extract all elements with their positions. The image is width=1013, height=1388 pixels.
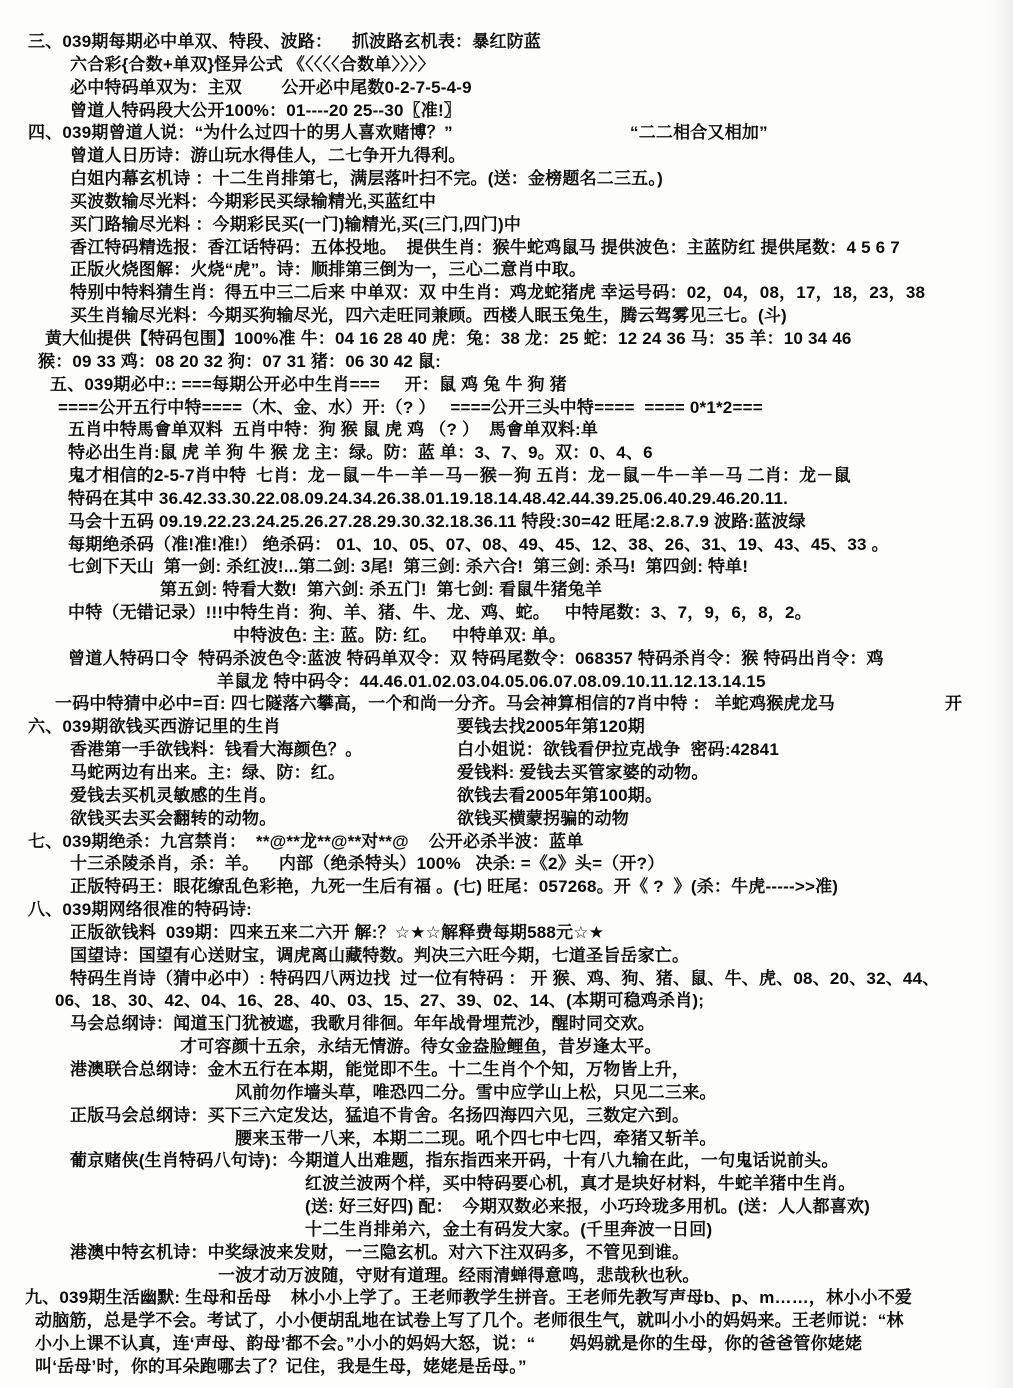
- text-line: 马蛇两边有出来。主：绿、防：红。爱钱料: 爱钱去买管家婆的动物。: [0, 762, 1013, 785]
- text-line: 买波数输尽光料：今期彩民买绿输精光,买蓝红中: [0, 191, 1013, 214]
- text-line: 特码在其中 36.42.33.30.22.08.09.24.34.26.38.0…: [0, 488, 1013, 511]
- text-line: 羊鼠龙 特中码令：44.46.01.02.03.04.05.06.07.08.0…: [0, 671, 1013, 694]
- text-line: 特别中特料猜生肖：得五中三二后来 中单双：双 中生肖：鸡龙蛇猪虎 幸运号码：02…: [0, 282, 1013, 305]
- text-line: 风前勿作墙头草，唯恐四二分。雪中应学山上松，只见二三来。: [0, 1082, 1013, 1105]
- text-line: 曾道人日历诗：游山玩水得佳人，二七争开九得利。: [0, 145, 1013, 168]
- text-line: 香港第一手欲钱料：钱看大海颜色？。白小姐说：欲钱看伊拉克战争 密码:42841: [0, 739, 1013, 762]
- text-line: 一波才动万波随，守财有道理。经雨清蝉得意鸣，悲哉秋也秋。: [0, 1265, 1013, 1288]
- section-heading-3: 三、039期每期必中单双、特段、波路： 抓波路玄机表：暴红防蓝: [0, 31, 1013, 54]
- text-line: 特码生肖诗（猜中必中）: 特码四八两边找 过一位有特码 ： 开 猴、鸡、狗、猪、…: [0, 968, 1013, 991]
- text-line: 特必出生肖:鼠 虎 羊 狗 牛 猴 龙 主：绿。防：蓝 单：3、7、9。双：0、…: [0, 442, 1013, 465]
- text-line: 买生肖输尽光料：今期买狗输尽光，四六走旺同兼顾。西楼人眠玉兔生，腾云驾雾见三七。…: [0, 305, 1013, 328]
- text-line: 动脑筋，总是学不会。考试了，小小便胡乱地在试卷上写了几个。老师很生气，就叫小小的…: [0, 1310, 1013, 1333]
- text-line: (送: 好三好四) 配： 今期双数必来报，小巧玲珑多用机。(送：人人都喜欢): [0, 1196, 1013, 1219]
- text-line: 腰来玉带一八来，本期二二现。吼个四七中七四，牵猪又斩羊。: [0, 1128, 1013, 1151]
- section-heading-4: 四、039期曾道人说：“为什么过四十的男人喜欢赌博？”“二二相合又相加”: [0, 122, 1013, 145]
- text-line: 曾道人特码口令 特码杀波色令:蓝波 特码单双令：双 特码尾数令：068357 特…: [0, 648, 1013, 671]
- section-heading-6: 六、039期欲钱买西游记里的生肖要钱去找2005年第120期: [0, 716, 1013, 739]
- text-line-right: “二二相合又相加”: [630, 122, 768, 145]
- text-line: 国望诗：国望有心送财宝，调虎离山藏特数。判决三六旺今期，七道圣旨岳家亡。: [0, 945, 1013, 968]
- text-line: 中特（无错记录）!!!中特生肖：狗、羊、猪、牛、龙、鸡、蛇。 中特尾数：3、7，…: [0, 602, 1013, 625]
- text-line: 小小上课不认真，连‘声母、韵母’都不会。”小小的妈妈大怒，说：“ 妈妈就是你的生…: [0, 1333, 1013, 1356]
- text-line: 港澳联合总纲诗：金木五行在本期，能觉即不生。十二生肖个个知，万物皆上升，: [0, 1059, 1013, 1082]
- text-line: 葡京赌侠(生肖特码八句诗)：今期道人出难题，指东指西来开码，十有八九输在此，一句…: [0, 1150, 1013, 1173]
- text-line: 六合彩{合数+单双}怪异公式 《〈〈〈〈合数单〉〉〉〉: [0, 54, 1013, 77]
- text-line: 五肖中特馬會单双料 五肖中特：狗 猴 鼠 虎 鸡 （? ） 馬會单双料:单: [0, 419, 1013, 442]
- text-line: 正版特码王：眼花缭乱色彩艳，九死一生后有福 。(七) 旺尾：057268。开《 …: [0, 876, 1013, 899]
- text-line: 正版欲钱料 039期：四来五来二六开 解:？☆★☆解释费每期588元☆★: [0, 922, 1013, 945]
- section-heading-7: 七、039期绝杀：九宫禁肖： **@**龙**@**对**@ 公开必杀半波：蓝单: [0, 831, 1013, 854]
- text-line: 叫‘岳母’时，你的耳朵跑哪去了？记住，我是生母，姥姥是岳母。”: [0, 1356, 1013, 1379]
- text-line: 香江特码精选报：香江话特码：五体投地。 提供生肖：猴牛蛇鸡鼠马 提供波色：主蓝防…: [0, 237, 1013, 260]
- text-line: 正版火烧图解：火烧“虎”。诗：顺排第三倒为一，三心二意肖中取。: [0, 259, 1013, 282]
- text-line: 港澳中特玄机诗：中奖绿波来发财，一三隐玄机。对六下注双码多，不管见到谁。: [0, 1242, 1013, 1265]
- text-line: 曾道人特码段大公开100%：01----20 25--30〖准!〗: [0, 100, 1013, 123]
- text-line: 十三杀陵杀肖，杀：羊。 内部（绝杀特头）100% 决杀: =《2》头=（开?）: [0, 853, 1013, 876]
- text-line: 一码中特猜中必中=百: 四七隧落六攀高，一个和尚一分齐。马会神算相信的7肖中特 …: [0, 693, 1013, 716]
- text-line: 红波兰波两个样，买中特码要心机，真才是块好材料，牛蛇羊猪中生肖。: [0, 1173, 1013, 1196]
- text-line: 正版马会总纲诗：买下三六定发达，猛追不肯舍。名扬四海四六见，三数定六到。: [0, 1105, 1013, 1128]
- text-line: 欲钱买去买会翻转的动物。欲钱买横蒙拐骗的动物: [0, 808, 1013, 831]
- text-line: 猴：09 33 鸡：08 20 32 狗：07 31 猪：06 30 42 鼠:: [0, 351, 1013, 374]
- text-line: 黄大仙提供【特码包围】100%准 牛：04 16 28 40 虎：兔：38 龙：…: [0, 328, 1013, 351]
- text-line: 第五剑: 特看大数! 第六剑: 杀五门! 第七剑: 看鼠牛猪兔羊: [0, 579, 1013, 602]
- text-line: 才可容颜十五余，永结无情游。待女金盎脸鲤鱼，昔岁逢太平。: [0, 1036, 1013, 1059]
- text-line: 马会总纲诗：闻道玉门犹被遮，我歌月徘徊。年年战骨埋荒沙，醒时同交欢。: [0, 1013, 1013, 1036]
- text-line: 七剑下天山 第一剑: 杀红波!...第二剑: 3尾! 第三剑: 杀六合! 第三剑…: [0, 556, 1013, 579]
- text-line: 马会十五码 09.19.22.23.24.25.26.27.28.29.30.3…: [0, 511, 1013, 534]
- text-line: 06、18、30、42、04、16、28、40、03、15、27、39、02、1…: [0, 990, 1013, 1013]
- text-line: 十二生肖排弟六，金土有码发大家。(千里奔波一日回): [0, 1219, 1013, 1242]
- section-heading-5: 五、039期必中:: ===每期公开必中生肖=== 开：鼠 鸡 兔 牛 狗 猪: [0, 374, 1013, 397]
- text-line-right: 要钱去找2005年第120期: [457, 716, 645, 739]
- text-line-right: 白小姐说：欲钱看伊拉克战争 密码:42841: [457, 739, 779, 762]
- text-line: 爱钱去买机灵敏感的生肖。欲钱去看2005年第100期。: [0, 785, 1013, 808]
- text-line: 买门路输尽光料 ：今期彩民买(一门)输精光,买(三门,四门)中: [0, 214, 1013, 237]
- text-line: 必中特码单双为：主双 公开必中尾数0-2-7-5-4-9: [0, 77, 1013, 100]
- text-line-right: 欲钱去看2005年第100期。: [457, 785, 662, 808]
- document-body: 三、039期每期必中单双、特段、波路： 抓波路玄机表：暴红防蓝六合彩{合数+单双…: [0, 31, 1013, 1379]
- text-line: 鬼才相信的2-5-7肖中特 七肖：龙－鼠－牛－羊－马－猴－狗 五肖：龙－鼠－牛－…: [0, 465, 1013, 488]
- text-line-right: 欲钱买横蒙拐骗的动物: [457, 808, 629, 831]
- text-line-right: 开: [945, 693, 962, 716]
- scanned-lottery-tipsheet-page: 三、039期每期必中单双、特段、波路： 抓波路玄机表：暴红防蓝六合彩{合数+单双…: [0, 0, 1013, 1388]
- text-line: ====公开五行中特====（木、金、水）开:（? ） ====公开三头中特==…: [0, 397, 1013, 420]
- section-heading-8: 八、039期网络很准的特码诗:: [0, 899, 1013, 922]
- text-line: 每期绝杀码（准!准!准!） 绝杀码： 01、10、05、07、08、49、45、…: [0, 534, 1013, 557]
- text-line: 中特波色: 主: 蓝。防: 红。 中特单双: 单。: [0, 625, 1013, 648]
- text-line: 白姐内幕玄机诗 ：十二生肖排第七，满层落叶扫不完。(送：金榜题名二三五。): [0, 168, 1013, 191]
- section-heading-9: 九、039期生活幽默: 生母和岳母 林小小上学了。王老师教学生拼音。王老师先教写…: [0, 1287, 1013, 1310]
- text-line-right: 爱钱料: 爱钱去买管家婆的动物。: [457, 762, 709, 785]
